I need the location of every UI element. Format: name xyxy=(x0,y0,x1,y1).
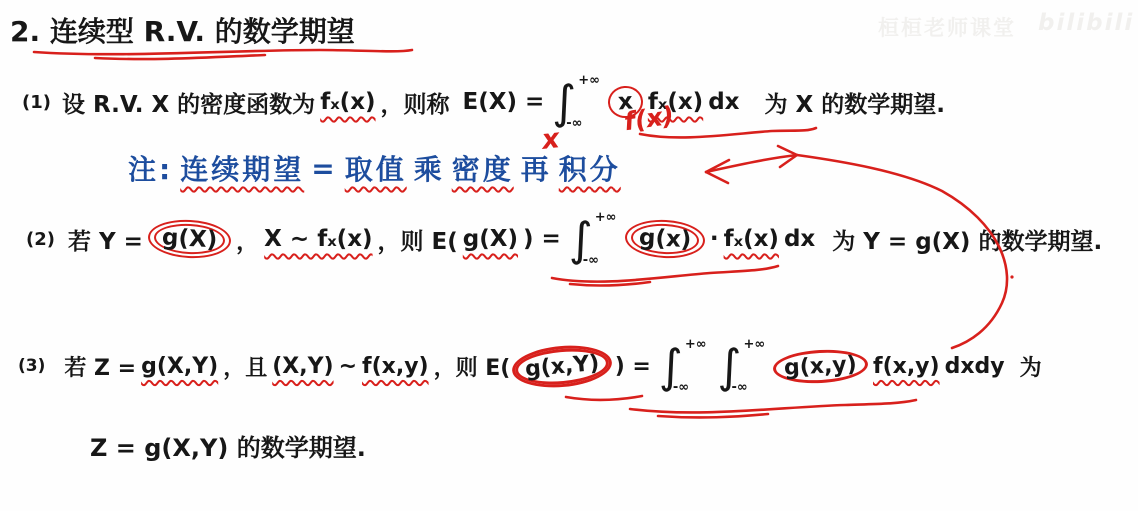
note-word-value: 取值 xyxy=(345,148,407,188)
item-1-number: (1) xyxy=(22,92,51,113)
joint-density-fxy: f(x,y) xyxy=(362,354,429,379)
item-1: (1) 设 R.V. X 的密度函数为 fₓ(x) ，则称 E(X) = ∫ +… xyxy=(22,72,945,132)
integral-sign: ∫ +∞ -∞ xyxy=(569,211,617,267)
item-2: (2) 若 Y = g(X) ， X ~ fₓ(x) ，则 E( g(X) ) … xyxy=(26,208,1102,270)
item-3-text-1: 若 Z = xyxy=(64,351,136,382)
item-3-continuation: Z = g(X,Y) 的数学期望. xyxy=(90,428,366,463)
density-function-fx: fₓ(x) xyxy=(320,89,375,115)
integral-lower-bound: -∞ xyxy=(583,254,617,267)
inner-integral-sign: ∫ +∞ -∞ xyxy=(718,338,766,394)
circled-gx-integrand-label: g(x) xyxy=(630,222,700,256)
integral-upper-bound: +∞ xyxy=(744,338,766,351)
multiplication-dot: · xyxy=(710,226,719,252)
item-2-text-1: 若 Y = xyxy=(68,223,143,256)
note-row: 注: 连续期望 = 取值 乘 密度 再 积分 xyxy=(128,148,621,188)
note-arrow-mid-head xyxy=(778,146,797,167)
item-1-text-2: ，则称 xyxy=(381,86,450,119)
dx-differential: dx xyxy=(784,226,815,252)
item-2-text-3: ) = xyxy=(523,226,561,252)
title-row: 2. 连续型 R.V. 的数学期望 xyxy=(10,10,355,50)
integral-lower-bound: -∞ xyxy=(732,381,766,394)
item-2-comma: ， xyxy=(236,223,259,256)
double-circled-gx-integrand: g(x) xyxy=(624,218,706,260)
double-circled-gx: g(X) xyxy=(147,218,232,260)
title-underline-2 xyxy=(95,55,265,59)
note-word-integrate: 积分 xyxy=(559,148,621,188)
integral-upper-bound: +∞ xyxy=(578,74,600,87)
item-3-conclusion: Z = g(X,Y) 的数学期望. xyxy=(90,428,366,463)
item-3-text-2: ，且 xyxy=(223,351,267,382)
watermark-bilibili-logo: bilibili xyxy=(1038,10,1134,36)
item-3: (3) 若 Z = g(X,Y) ，且 (X,Y) ~ f(x,y) ，则 E(… xyxy=(18,334,1042,398)
watermark-channel: 桓桓老师课堂 xyxy=(878,12,1016,42)
integral-upper-bound: +∞ xyxy=(685,338,707,351)
xy-pair: (X,Y) xyxy=(272,354,333,379)
integral-bounds: +∞ -∞ xyxy=(683,338,707,394)
note-word-times: 乘 xyxy=(414,148,445,188)
item-3-number: (3) xyxy=(18,356,45,376)
circled-gx-label: g(X) xyxy=(153,222,226,256)
x-distribution: X ~ fₓ(x) xyxy=(264,226,372,252)
item-1-text-1: 设 R.V. X 的密度函数为 xyxy=(62,86,315,119)
tilde: ~ xyxy=(339,354,357,379)
expectation-lhs: E(X) = xyxy=(463,89,545,115)
integral-upper-bound: +∞ xyxy=(595,211,617,224)
integral-sign: ∫ +∞ -∞ xyxy=(552,74,600,130)
item-2-integral-underline-2 xyxy=(570,282,650,285)
gx-in-expectation: g(X) xyxy=(463,226,518,252)
item-3-integral-underline-2 xyxy=(658,414,768,417)
gxy-function: g(X,Y) xyxy=(141,354,218,379)
scribble-circled-gxy: g(x,Y) xyxy=(514,344,611,387)
note-arrow-head xyxy=(706,160,729,183)
item-3-text-5: 为 xyxy=(1020,351,1042,382)
note-word-continuous-expectation: 连续期望 xyxy=(180,148,304,188)
note-word-then: 再 xyxy=(521,148,552,188)
fx-in-integral: fₓ(x) xyxy=(724,226,779,252)
item-3-text-4: ) = xyxy=(615,354,651,379)
dxdy-differential: dxdy xyxy=(945,354,1005,379)
integral-bounds: +∞ -∞ xyxy=(593,211,617,267)
stray-red-dot xyxy=(1010,275,1013,278)
fxy-in-integral: f(x,y) xyxy=(873,354,940,379)
item-3-text-3: ，则 E( xyxy=(434,351,511,382)
page-title: 2. 连续型 R.V. 的数学期望 xyxy=(10,10,355,50)
note-label: 注: xyxy=(128,148,173,188)
note-equals: = xyxy=(311,152,337,185)
item-1-text-3: 为 X 的数学期望. xyxy=(765,86,946,119)
item-2-number: (2) xyxy=(26,229,55,250)
item-3-integral-underline xyxy=(630,400,916,412)
circled-gxy-integrand: g(x,y) xyxy=(772,347,868,385)
note-word-density: 密度 xyxy=(452,148,514,188)
integral-lower-bound: -∞ xyxy=(673,381,707,394)
outer-integral-sign: ∫ +∞ -∞ xyxy=(659,338,707,394)
item-2-text-4: 为 Y = g(X) 的数学期望. xyxy=(832,223,1102,256)
integral-lower-bound: -∞ xyxy=(566,117,600,130)
dx-differential: dx xyxy=(708,89,739,115)
integral-bounds: +∞ -∞ xyxy=(742,338,766,394)
title-underline xyxy=(34,50,412,54)
integral-bounds: +∞ -∞ xyxy=(576,74,600,130)
item-2-text-2: ，则 E( xyxy=(378,223,458,256)
